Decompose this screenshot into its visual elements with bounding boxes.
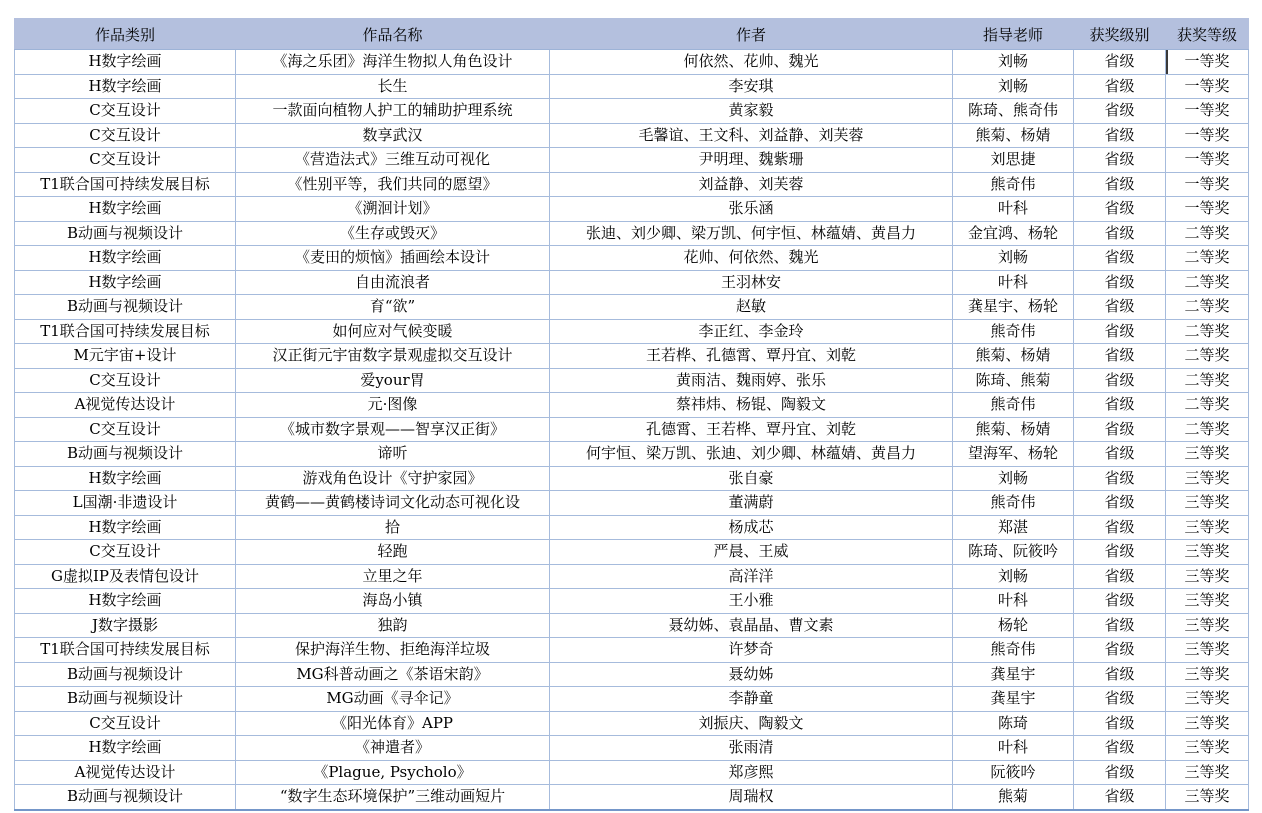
cell[interactable]: 三等奖 <box>1166 491 1249 516</box>
cell[interactable]: C交互设计 <box>15 148 236 173</box>
cell[interactable]: G虚拟IP及表情包设计 <box>15 564 236 589</box>
cell[interactable]: 省级 <box>1074 736 1166 761</box>
cell[interactable]: 省级 <box>1074 687 1166 712</box>
cell[interactable]: 李静童 <box>550 687 953 712</box>
table-row: H数字绘画自由流浪者王羽林安叶科省级二等奖 <box>15 270 1249 295</box>
cell[interactable]: 蔡祎炜、杨锟、陶毅文 <box>550 393 953 418</box>
cell[interactable]: 熊奇伟 <box>953 491 1074 516</box>
column-header-1[interactable]: 作品类别 <box>15 19 236 50</box>
cell[interactable]: 王小雅 <box>550 589 953 614</box>
cell[interactable]: 刘思捷 <box>953 148 1074 173</box>
cell[interactable]: 一等奖 <box>1166 99 1249 124</box>
cell[interactable]: A视觉传达设计 <box>15 760 236 785</box>
cell[interactable]: 《营造法式》三维互动可视化 <box>236 148 550 173</box>
cell[interactable]: 三等奖 <box>1166 589 1249 614</box>
cell[interactable]: C交互设计 <box>15 711 236 736</box>
cell[interactable]: 省级 <box>1074 123 1166 148</box>
cell[interactable]: H数字绘画 <box>15 270 236 295</box>
table-row: C交互设计轻跑严晨、王威陈琦、阮筱吟省级三等奖 <box>15 540 1249 565</box>
cell[interactable]: B动画与视频设计 <box>15 785 236 810</box>
cell[interactable]: 熊菊、杨婧 <box>953 344 1074 369</box>
cell[interactable]: 游戏角色设计《守护家园》 <box>236 466 550 491</box>
cell[interactable]: H数字绘画 <box>15 246 236 271</box>
cell[interactable]: 熊奇伟 <box>953 172 1074 197</box>
cell[interactable]: 育“欲” <box>236 295 550 320</box>
awards-table: 作品类别作品名称作者指导老师获奖级别获奖等级 H数字绘画《海之乐团》海洋生物拟人… <box>14 18 1249 811</box>
cell[interactable]: 叶科 <box>953 270 1074 295</box>
cell[interactable]: 一等奖 <box>1166 197 1249 222</box>
cell[interactable]: 省级 <box>1074 99 1166 124</box>
table-body: H数字绘画《海之乐团》海洋生物拟人角色设计何依然、花帅、魏光刘畅省级一等奖H数字… <box>15 50 1249 810</box>
table-row: H数字绘画长生李安琪刘畅省级一等奖 <box>15 74 1249 99</box>
cell[interactable]: C交互设计 <box>15 540 236 565</box>
cell[interactable]: 黄鹤——黄鹤楼诗词文化动态可视化设 <box>236 491 550 516</box>
table-row: B动画与视频设计MG科普动画之《茶语宋韵》聂幼姊龚星宇省级三等奖 <box>15 662 1249 687</box>
cell[interactable]: 周瑞权 <box>550 785 953 810</box>
cell[interactable]: 省级 <box>1074 417 1166 442</box>
cell[interactable]: 省级 <box>1074 662 1166 687</box>
table-row: M元宇宙+设计汉正街元宇宙数字景观虚拟交互设计王若桦、孔德霄、覃丹宜、刘乾熊菊、… <box>15 344 1249 369</box>
cell[interactable]: 刘振庆、陶毅文 <box>550 711 953 736</box>
cell[interactable]: 孔德霄、王若桦、覃丹宜、刘乾 <box>550 417 953 442</box>
cell[interactable]: 轻跑 <box>236 540 550 565</box>
cell[interactable]: J数字摄影 <box>15 613 236 638</box>
table-row: C交互设计一款面向植物人护工的辅助护理系统黄家毅陈琦、熊奇伟省级一等奖 <box>15 99 1249 124</box>
table-row: H数字绘画《溯洄计划》张乐涵叶科省级一等奖 <box>15 197 1249 222</box>
cell[interactable]: 龚星宇 <box>953 662 1074 687</box>
cell[interactable]: 陈琦、熊菊 <box>953 368 1074 393</box>
cell[interactable]: 望海军、杨轮 <box>953 442 1074 467</box>
cell[interactable]: 省级 <box>1074 295 1166 320</box>
cell[interactable]: 拾 <box>236 515 550 540</box>
cell[interactable]: 省级 <box>1074 74 1166 99</box>
table-row: H数字绘画游戏角色设计《守护家园》张自豪刘畅省级三等奖 <box>15 466 1249 491</box>
cell[interactable]: 汉正街元宇宙数字景观虚拟交互设计 <box>236 344 550 369</box>
cell[interactable]: 一等奖 <box>1166 123 1249 148</box>
cell[interactable]: 熊奇伟 <box>953 638 1074 663</box>
cell[interactable]: 熊奇伟 <box>953 319 1074 344</box>
table-row: A视觉传达设计《Plague, Psycholo》郑彦熙阮筱吟省级三等奖 <box>15 760 1249 785</box>
cell[interactable]: T1联合国可持续发展目标 <box>15 638 236 663</box>
cell[interactable]: “数字生态环境保护”三维动画短片 <box>236 785 550 810</box>
cell[interactable]: 省级 <box>1074 442 1166 467</box>
cell[interactable]: H数字绘画 <box>15 466 236 491</box>
cell[interactable]: 三等奖 <box>1166 638 1249 663</box>
cell[interactable]: 董满蔚 <box>550 491 953 516</box>
cell[interactable]: 省级 <box>1074 50 1166 75</box>
column-header-6[interactable]: 获奖等级 <box>1166 19 1249 50</box>
cell[interactable]: 三等奖 <box>1166 564 1249 589</box>
cell[interactable]: 《性别平等，我们共同的愿望》 <box>236 172 550 197</box>
cell[interactable]: 省级 <box>1074 711 1166 736</box>
cell[interactable]: H数字绘画 <box>15 197 236 222</box>
cell[interactable]: 李安琪 <box>550 74 953 99</box>
cell[interactable]: 省级 <box>1074 760 1166 785</box>
cell[interactable]: 三等奖 <box>1166 736 1249 761</box>
cell[interactable]: 三等奖 <box>1166 613 1249 638</box>
table-row: C交互设计《阳光体育》APP刘振庆、陶毅文陈琦省级三等奖 <box>15 711 1249 736</box>
cell[interactable]: 张雨清 <box>550 736 953 761</box>
cell[interactable]: 三等奖 <box>1166 662 1249 687</box>
cell[interactable]: 郑彦熙 <box>550 760 953 785</box>
cell[interactable]: 《神遣者》 <box>236 736 550 761</box>
cell[interactable]: 刘畅 <box>953 246 1074 271</box>
cell[interactable]: 二等奖 <box>1166 368 1249 393</box>
cell[interactable]: 谛听 <box>236 442 550 467</box>
cell[interactable]: 三等奖 <box>1166 515 1249 540</box>
cell[interactable]: 如何应对气候变暖 <box>236 319 550 344</box>
cell[interactable]: 《溯洄计划》 <box>236 197 550 222</box>
cell[interactable]: 省级 <box>1074 393 1166 418</box>
cell[interactable]: MG科普动画之《茶语宋韵》 <box>236 662 550 687</box>
cell[interactable]: H数字绘画 <box>15 50 236 75</box>
cell[interactable]: 郑湛 <box>953 515 1074 540</box>
cell[interactable]: 二等奖 <box>1166 417 1249 442</box>
cell[interactable]: 省级 <box>1074 319 1166 344</box>
cell[interactable]: 省级 <box>1074 344 1166 369</box>
cell[interactable]: 黄家毅 <box>550 99 953 124</box>
awards-sheet: 作品类别作品名称作者指导老师获奖级别获奖等级 H数字绘画《海之乐团》海洋生物拟人… <box>14 18 1248 811</box>
cell[interactable]: 二等奖 <box>1166 393 1249 418</box>
cell[interactable]: 数享武汉 <box>236 123 550 148</box>
cell[interactable]: 聂幼姊 <box>550 662 953 687</box>
table-row: H数字绘画《麦田的烦恼》插画绘本设计花帅、何依然、魏光刘畅省级二等奖 <box>15 246 1249 271</box>
cell[interactable]: T1联合国可持续发展目标 <box>15 172 236 197</box>
cell[interactable]: 独韵 <box>236 613 550 638</box>
cell[interactable]: A视觉传达设计 <box>15 393 236 418</box>
cell[interactable]: H数字绘画 <box>15 589 236 614</box>
cell[interactable]: H数字绘画 <box>15 74 236 99</box>
cell[interactable]: 黄雨洁、魏雨婷、张乐 <box>550 368 953 393</box>
cell[interactable]: 三等奖 <box>1166 760 1249 785</box>
cell[interactable]: 陈琦、阮筱吟 <box>953 540 1074 565</box>
cell[interactable]: B动画与视频设计 <box>15 662 236 687</box>
cell[interactable]: C交互设计 <box>15 123 236 148</box>
cell[interactable]: 一等奖 <box>1166 50 1249 75</box>
table-row: B动画与视频设计“数字生态环境保护”三维动画短片周瑞权熊菊省级三等奖 <box>15 785 1249 810</box>
cell[interactable]: 赵敏 <box>550 295 953 320</box>
table-row: T1联合国可持续发展目标保护海洋生物、拒绝海洋垃圾许梦奇熊奇伟省级三等奖 <box>15 638 1249 663</box>
cell[interactable]: 一等奖 <box>1166 172 1249 197</box>
cell[interactable]: 省级 <box>1074 197 1166 222</box>
cell[interactable]: 《生存或毁灭》 <box>236 221 550 246</box>
cell[interactable]: 省级 <box>1074 540 1166 565</box>
cell[interactable]: 省级 <box>1074 515 1166 540</box>
cell[interactable]: 王若桦、孔德霄、覃丹宜、刘乾 <box>550 344 953 369</box>
table-row: G虚拟IP及表情包设计立里之年高洋洋刘畅省级三等奖 <box>15 564 1249 589</box>
cell[interactable]: 自由流浪者 <box>236 270 550 295</box>
cell[interactable]: 何依然、花帅、魏光 <box>550 50 953 75</box>
table-row: B动画与视频设计育“欲”赵敏龚星宇、杨轮省级二等奖 <box>15 295 1249 320</box>
cell[interactable]: 刘畅 <box>953 564 1074 589</box>
cell[interactable]: 爱your胃 <box>236 368 550 393</box>
cell[interactable]: 高洋洋 <box>550 564 953 589</box>
cell[interactable]: 立里之年 <box>236 564 550 589</box>
cell[interactable]: 李正红、李金玲 <box>550 319 953 344</box>
cell[interactable]: 张乐涵 <box>550 197 953 222</box>
cell[interactable]: C交互设计 <box>15 417 236 442</box>
cell[interactable]: 三等奖 <box>1166 442 1249 467</box>
cell[interactable]: 三等奖 <box>1166 540 1249 565</box>
cell[interactable]: 尹明理、魏紫珊 <box>550 148 953 173</box>
cell[interactable]: 二等奖 <box>1166 319 1249 344</box>
table-row: T1联合国可持续发展目标《性别平等，我们共同的愿望》刘益静、刘芙蓉熊奇伟省级一等… <box>15 172 1249 197</box>
cell[interactable]: 熊菊 <box>953 785 1074 810</box>
table-row: B动画与视频设计谛听何宇恒、梁万凯、张迪、刘少卿、林蕴婧、黄昌力望海军、杨轮省级… <box>15 442 1249 467</box>
table-row: B动画与视频设计《生存或毁灭》张迪、刘少卿、梁万凯、何宇恒、林蕴婧、黄昌力金宜鸿… <box>15 221 1249 246</box>
cell[interactable]: 二等奖 <box>1166 246 1249 271</box>
cell[interactable]: 阮筱吟 <box>953 760 1074 785</box>
cell[interactable]: 省级 <box>1074 564 1166 589</box>
cell[interactable]: 省级 <box>1074 246 1166 271</box>
column-header-4[interactable]: 指导老师 <box>953 19 1074 50</box>
table-row: C交互设计《营造法式》三维互动可视化尹明理、魏紫珊刘思捷省级一等奖 <box>15 148 1249 173</box>
cell[interactable]: 杨轮 <box>953 613 1074 638</box>
column-header-3[interactable]: 作者 <box>550 19 953 50</box>
cell[interactable]: B动画与视频设计 <box>15 687 236 712</box>
cell[interactable]: 王羽林安 <box>550 270 953 295</box>
table-row: A视觉传达设计元·图像蔡祎炜、杨锟、陶毅文熊奇伟省级二等奖 <box>15 393 1249 418</box>
cell[interactable]: 省级 <box>1074 221 1166 246</box>
table-row: L国潮·非遗设计黄鹤——黄鹤楼诗词文化动态可视化设董满蔚熊奇伟省级三等奖 <box>15 491 1249 516</box>
cell[interactable]: 陈琦 <box>953 711 1074 736</box>
cell[interactable]: 海岛小镇 <box>236 589 550 614</box>
cell[interactable]: 严晨、王威 <box>550 540 953 565</box>
cell[interactable]: 《海之乐团》海洋生物拟人角色设计 <box>236 50 550 75</box>
table-row: H数字绘画拾杨成芯郑湛省级三等奖 <box>15 515 1249 540</box>
cell[interactable]: 刘畅 <box>953 74 1074 99</box>
table-row: C交互设计《城市数字景观——智享汉正街》孔德霄、王若桦、覃丹宜、刘乾熊菊、杨婧省… <box>15 417 1249 442</box>
table-row: T1联合国可持续发展目标如何应对气候变暖李正红、李金玲熊奇伟省级二等奖 <box>15 319 1249 344</box>
table-row: C交互设计爱your胃黄雨洁、魏雨婷、张乐陈琦、熊菊省级二等奖 <box>15 368 1249 393</box>
cell[interactable]: 许梦奇 <box>550 638 953 663</box>
cell[interactable]: 省级 <box>1074 466 1166 491</box>
table-row: B动画与视频设计MG动画《寻伞记》李静童龚星宇省级三等奖 <box>15 687 1249 712</box>
cell[interactable]: 张自豪 <box>550 466 953 491</box>
cell[interactable]: 龚星宇 <box>953 687 1074 712</box>
cell[interactable]: 《Plague, Psycholo》 <box>236 760 550 785</box>
cell[interactable]: 叶科 <box>953 736 1074 761</box>
cell[interactable]: 省级 <box>1074 638 1166 663</box>
cell[interactable]: 叶科 <box>953 197 1074 222</box>
cell[interactable]: 金宜鸿、杨轮 <box>953 221 1074 246</box>
cell[interactable]: 省级 <box>1074 785 1166 810</box>
cell[interactable]: 三等奖 <box>1166 466 1249 491</box>
cell[interactable]: H数字绘画 <box>15 736 236 761</box>
cell[interactable]: 省级 <box>1074 368 1166 393</box>
cell[interactable]: B动画与视频设计 <box>15 442 236 467</box>
cell[interactable]: 熊菊、杨婧 <box>953 417 1074 442</box>
cell[interactable]: 毛馨谊、王文科、刘益静、刘芙蓉 <box>550 123 953 148</box>
cell[interactable]: B动画与视频设计 <box>15 295 236 320</box>
cell[interactable]: 二等奖 <box>1166 344 1249 369</box>
cell[interactable]: 省级 <box>1074 613 1166 638</box>
cell[interactable]: 刘畅 <box>953 466 1074 491</box>
cell[interactable]: MG动画《寻伞记》 <box>236 687 550 712</box>
cell[interactable]: C交互设计 <box>15 99 236 124</box>
cell[interactable]: B动画与视频设计 <box>15 221 236 246</box>
cell[interactable]: 一款面向植物人护工的辅助护理系统 <box>236 99 550 124</box>
cell[interactable]: 张迪、刘少卿、梁万凯、何宇恒、林蕴婧、黄昌力 <box>550 221 953 246</box>
column-header-2[interactable]: 作品名称 <box>236 19 550 50</box>
cell[interactable]: 《麦田的烦恼》插画绘本设计 <box>236 246 550 271</box>
cell[interactable]: 刘畅 <box>953 50 1074 75</box>
table-row: H数字绘画海岛小镇王小雅叶科省级三等奖 <box>15 589 1249 614</box>
cell[interactable]: 《城市数字景观——智享汉正街》 <box>236 417 550 442</box>
cell[interactable]: 一等奖 <box>1166 148 1249 173</box>
cell[interactable]: 熊菊、杨婧 <box>953 123 1074 148</box>
cell[interactable]: 三等奖 <box>1166 711 1249 736</box>
cell[interactable]: 熊奇伟 <box>953 393 1074 418</box>
cell[interactable]: 二等奖 <box>1166 270 1249 295</box>
cell[interactable]: 元·图像 <box>236 393 550 418</box>
cell[interactable]: 保护海洋生物、拒绝海洋垃圾 <box>236 638 550 663</box>
cell[interactable]: 三等奖 <box>1166 687 1249 712</box>
header-row: 作品类别作品名称作者指导老师获奖级别获奖等级 <box>15 19 1249 50</box>
cell[interactable]: 长生 <box>236 74 550 99</box>
column-header-5[interactable]: 获奖级别 <box>1074 19 1166 50</box>
cell[interactable]: 二等奖 <box>1166 295 1249 320</box>
cell[interactable]: M元宇宙+设计 <box>15 344 236 369</box>
table-row: C交互设计数享武汉毛馨谊、王文科、刘益静、刘芙蓉熊菊、杨婧省级一等奖 <box>15 123 1249 148</box>
cell[interactable]: 陈琦、熊奇伟 <box>953 99 1074 124</box>
table-row: H数字绘画《神遣者》张雨清叶科省级三等奖 <box>15 736 1249 761</box>
cell[interactable]: 省级 <box>1074 270 1166 295</box>
table-row: J数字摄影独韵聂幼姊、袁晶晶、曹文素杨轮省级三等奖 <box>15 613 1249 638</box>
cell[interactable]: 《阳光体育》APP <box>236 711 550 736</box>
cell[interactable]: 花帅、何依然、魏光 <box>550 246 953 271</box>
cell[interactable]: 聂幼姊、袁晶晶、曹文素 <box>550 613 953 638</box>
cell[interactable]: 叶科 <box>953 589 1074 614</box>
cell[interactable]: L国潮·非遗设计 <box>15 491 236 516</box>
table-row: H数字绘画《海之乐团》海洋生物拟人角色设计何依然、花帅、魏光刘畅省级一等奖 <box>15 50 1249 75</box>
cell[interactable]: 杨成芯 <box>550 515 953 540</box>
cell[interactable]: 省级 <box>1074 491 1166 516</box>
cell[interactable]: 省级 <box>1074 148 1166 173</box>
cell[interactable]: 何宇恒、梁万凯、张迪、刘少卿、林蕴婧、黄昌力 <box>550 442 953 467</box>
cell[interactable]: 一等奖 <box>1166 74 1249 99</box>
cell[interactable]: C交互设计 <box>15 368 236 393</box>
cell[interactable]: T1联合国可持续发展目标 <box>15 319 236 344</box>
cell[interactable]: 三等奖 <box>1166 785 1249 810</box>
cell[interactable]: 刘益静、刘芙蓉 <box>550 172 953 197</box>
cell[interactable]: 龚星宇、杨轮 <box>953 295 1074 320</box>
cell[interactable]: H数字绘画 <box>15 515 236 540</box>
cell[interactable]: 省级 <box>1074 172 1166 197</box>
cell[interactable]: 二等奖 <box>1166 221 1249 246</box>
cell[interactable]: 省级 <box>1074 589 1166 614</box>
